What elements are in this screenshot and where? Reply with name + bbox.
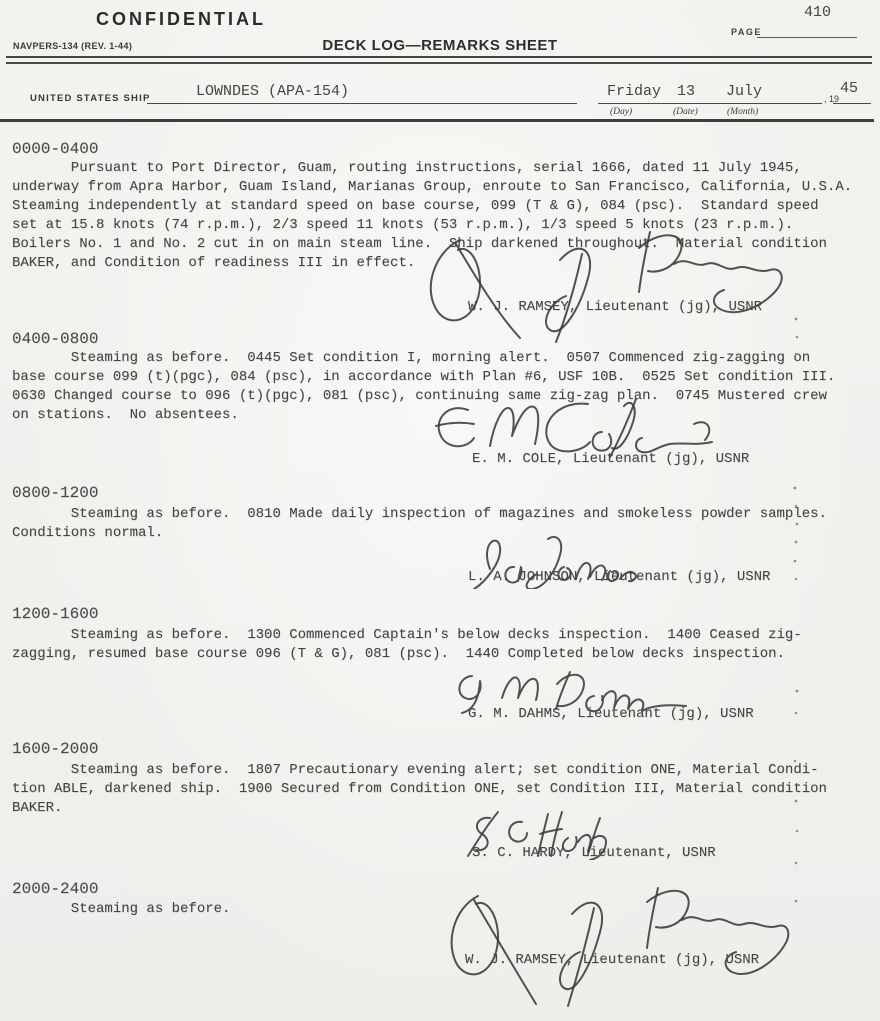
entry-period: 1200-1600 [12,605,98,623]
date-month: July [726,83,762,100]
ship-name: LOWNDES (APA-154) [196,83,349,100]
officer-typed-name: E. M. COLE, Lieutenant (jg), USNR [472,451,749,467]
entry-period: 0800-1200 [12,484,98,502]
date-caption: (Date) [673,107,698,117]
entry-remarks: Steaming as before. 1807 Precautionary e… [12,761,827,818]
entry-remarks: Pursuant to Port Director, Guam, routing… [12,159,852,273]
form-title: DECK LOG—REMARKS SHEET [0,37,880,54]
scan-artifact-dots [0,0,2,2]
entry-period: 1600-2000 [12,740,98,758]
deck-log-page: CONFIDENTIAL 410 PAGE NAVPERS-134 (REV. … [0,0,880,1021]
officer-typed-name: L. A. JOHNSON, Lieutenant (jg), USNR [468,569,770,585]
signature-w-j-ramsey-2 [436,884,796,1009]
entry-period: 0000-0400 [12,140,98,158]
day-caption: (Day) [610,107,632,117]
date-day: Friday [607,83,661,100]
entry-remarks: Steaming as before. [12,900,230,919]
entry-remarks: Steaming as before. 1300 Commenced Capta… [12,626,802,664]
page-number: 410 [804,4,831,21]
officer-typed-name: W. J. RAMSEY, Lieutenant (jg), USNR [465,952,759,968]
header-heavy-rule [0,119,874,122]
header-double-rule [6,56,872,64]
officer-typed-name: G. M. DAHMS, Lieutenant (jg), USNR [468,706,754,722]
year-value: 45 [840,80,858,97]
entry-remarks: Steaming as before. 0445 Set condition I… [12,349,835,425]
officer-typed-name: W. J. RAMSEY, Lieutenant (jg), USNR [468,299,762,315]
entry-remarks: Steaming as before. 0810 Made daily insp… [12,505,827,543]
ship-label: UNITED STATES SHIP [30,93,150,104]
officer-typed-name: S. C. HARDY, Lieutenant, USNR [472,845,716,861]
entry-period: 2000-2400 [12,880,98,898]
date-number: 13 [677,83,695,100]
classification-stamp: CONFIDENTIAL [96,9,266,30]
month-caption: (Month) [727,107,758,117]
entry-period: 0400-0800 [12,330,98,348]
